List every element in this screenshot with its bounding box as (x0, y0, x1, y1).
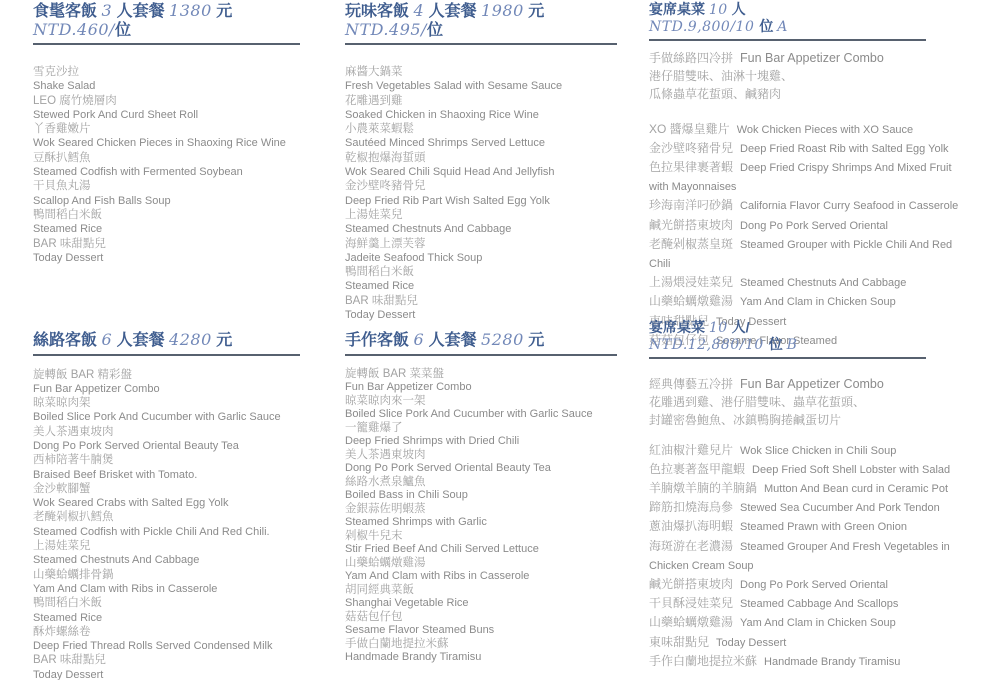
menu-item-en: Steamed Prawn with Green Onion (740, 521, 907, 533)
menu-item-zh: 手作白蘭地提拉米蘇 (649, 654, 757, 668)
menu-item: Boiled Bass in Chili Soup (345, 489, 637, 503)
menu-item: BAR 味甜點兒 (345, 294, 637, 308)
menu-item-zh: 瓜條蟲草花蜇頭、鹹豬肉 (649, 87, 781, 101)
menu-item: Deep Fried Shrimps with Dried Chili (345, 435, 637, 449)
menu-item: 菇菇包仔包 (345, 611, 637, 625)
menu-item-zh: 海斑游在老濃湯 (649, 539, 733, 553)
menu-item-en: Fun Bar Appetizer Combo (740, 377, 884, 391)
menu-item: 山藥蛤蠣排骨鍋 (33, 568, 325, 582)
menu-item-zh: 珍海南洋叼砂鍋 (649, 198, 733, 212)
menu-item-en: Fun Bar Appetizer Combo (740, 51, 884, 65)
menu-item: 晾菜晾肉架 (33, 396, 325, 410)
menu-item: 豆酥扒鱈魚 (33, 151, 325, 165)
section-title-part: 人套餐 (424, 3, 481, 20)
section-title-line2: NTD.460/位 (33, 21, 325, 40)
menu-item: Stir Fried Beef And Chili Served Lettuce (345, 543, 637, 557)
section-title-part: 玩味客飯 (345, 3, 413, 20)
menu-item-zh: 色拉裹著盔甲龍蝦 (649, 462, 745, 476)
section-title-part: 元 (212, 3, 232, 20)
section-title-part: 元 (212, 332, 232, 349)
section-title-line1: 食髦客飯 3 人套餐 1380 元 (33, 2, 325, 21)
menu-item-zh: 蹄筋扣燒海烏參 (649, 500, 733, 514)
section-title-part: 宴席桌菜 (649, 319, 709, 335)
section-title-part: 4280 (169, 330, 212, 349)
divider (33, 43, 300, 45)
divider (345, 43, 617, 45)
menu-item: Deep Fried Rib Part Wish Salted Egg Yolk (345, 194, 637, 208)
menu-item: Steamed Rice (33, 222, 325, 236)
menu-item: 酥炸螺絲卷 (33, 625, 325, 639)
menu-item: 上湯娃菜兒 (33, 539, 325, 553)
menu-item: 老醃剁椒扒鱈魚 (33, 510, 325, 524)
menu-item: BAR 味甜點兒 (33, 237, 325, 251)
menu-item-zh: 花雕遇到雞、港仔腊雙味、蟲草花蜇頭、 (649, 395, 865, 409)
menu-item-zh: 山藥蛤蠣燉雞湯 (649, 615, 733, 629)
menu-section-handmade-set: 手作客飯 6 人套餐 5280 元 旋轉飯 BAR 菜菜盤Fun Bar App… (345, 331, 637, 665)
menu-item-en: Yam And Clam in Chicken Soup (740, 296, 896, 308)
menu-item: Steamed Rice (345, 279, 637, 293)
menu-item: Steamed Chestnuts And Cabbage (33, 553, 325, 567)
menu-item-zh: 干貝酥浸娃菜兒 (649, 596, 733, 610)
menu-item: 手作白蘭地提拉米蘇Handmade Brandy Tiramisu (649, 652, 963, 671)
menu-item-en: Deep Fried Roast Rib with Salted Egg Yol… (740, 143, 949, 155)
menu-item: 珍海南洋叼砂鍋California Flavor Curry Seafood i… (649, 196, 963, 215)
section-title-part: 人套餐 (112, 332, 169, 349)
section-title-line1: 玩味客飯 4 人套餐 1980 元 (345, 2, 637, 21)
menu-item: Today Dessert (345, 308, 637, 322)
section-title-part: 人套餐 (112, 3, 169, 20)
menu-item: 山藥蛤蠣燉雞湯Yam And Clam in Chicken Soup (649, 292, 963, 311)
menu-item-zh: 鹹光餅搭東坡肉 (649, 577, 733, 591)
section-title-part: A (777, 19, 788, 35)
menu-item: Jadeite Seafood Thick Soup (345, 251, 637, 265)
menu-item-list: 麻醬大鍋菜Fresh Vegetables Salad with Sesame … (345, 65, 637, 322)
menu-item: 金沙壁咚豬骨兒 (345, 179, 637, 193)
menu-item: 金沙軟腳蟹 (33, 482, 325, 496)
menu-item: 鴨間稻白米飯 (33, 208, 325, 222)
menu-section-banquet-a: 宴席桌菜 10 人 NTD.9,800/10 位 A 手做絲路四冷拼Fun Ba… (649, 2, 963, 350)
menu-item-en: Today Dessert (716, 637, 786, 649)
section-title-part: NTD.9,800/10 (649, 19, 759, 35)
menu-item-zh: 羊腩燉羊腩的羊腩鍋 (649, 481, 757, 495)
section-title-part: 位 (115, 22, 131, 39)
menu-item: 小農萊菜蝦鬆 (345, 122, 637, 136)
menu-item: 絲路水煮泉鱸魚 (345, 476, 637, 490)
menu-item-zh: 經典傳藝五冷拼 (649, 377, 733, 391)
menu-item: Wok Seared Crabs with Salted Egg Yolk (33, 496, 325, 510)
menu-item: BAR 味甜點兒 (33, 653, 325, 667)
menu-item: 手做白蘭地提拉米蘇 (345, 638, 637, 652)
menu-item: 旋轉飯 BAR 精彩盤 (33, 368, 325, 382)
menu-item: Braised Beef Brisket with Tomato. (33, 468, 325, 482)
menu-item: 旋轉飯 BAR 菜菜盤 (345, 368, 637, 382)
menu-item: Shake Salad (33, 79, 325, 93)
menu-item: Yam And Clam with Ribs in Casserole (345, 570, 637, 584)
menu-item: 港仔腊雙味、油淋十塊雞、 (649, 67, 963, 85)
menu-item-en: Dong Po Pork Served Oriental (740, 579, 888, 591)
menu-item: 紅油椒汁雞兒片Wok Slice Chicken in Chili Soup (649, 441, 963, 460)
menu-item: 山藥蛤蠣燉雞湯 (345, 557, 637, 571)
section-title-part: B (787, 337, 798, 353)
menu-item: Scallop And Fish Balls Soup (33, 194, 325, 208)
menu-item-zh: 手做絲路四冷拼 (649, 51, 733, 65)
menu-item: Handmade Brandy Tiramisu (345, 651, 637, 665)
section-title-line1: 手作客飯 6 人套餐 5280 元 (345, 331, 637, 350)
menu-item: Shanghai Vegetable Rice (345, 597, 637, 611)
menu-item-zh: 金沙壁咚豬骨兒 (649, 141, 733, 155)
menu-item-list: 紅油椒汁雞兒片Wok Slice Chicken in Chili Soup色拉… (649, 441, 963, 671)
section-title-line2: NTD.12,880/10 位 B (649, 337, 963, 354)
menu-item-zh: 港仔腊雙味、油淋十塊雞、 (649, 69, 793, 83)
section-title-part: 位 (769, 336, 787, 352)
section-title-part: 6 (101, 330, 112, 349)
menu-item: 金銀蒜佐明蝦蒸 (345, 503, 637, 517)
section-title-line2: NTD.9,800/10 位 A (649, 19, 963, 36)
menu-item-zh: 老醃剁椒蒸皇斑 (649, 237, 733, 251)
menu-item-zh: 東味甜點兒 (649, 635, 709, 649)
menu-item-en: Deep Fried Soft Shell Lobster with Salad (752, 464, 950, 476)
menu-item-en: Wok Chicken Pieces with XO Sauce (737, 124, 913, 136)
menu-item: Steamed Rice (33, 611, 325, 625)
menu-item: 麻醬大鍋菜 (345, 65, 637, 79)
menu-item: 花雕遇到雞 (345, 94, 637, 108)
section-title-part: 人 (728, 1, 746, 17)
menu-item: 封罐密魯鮑魚、冰鎮鴨胸捲鹹蛋切片 (649, 411, 963, 429)
section-title-part: 1380 (169, 1, 212, 20)
menu-item: 干貝魚丸湯 (33, 179, 325, 193)
menu-item: 剁椒牛兒末 (345, 530, 637, 544)
menu-item: 海鮮羹上漂芙蓉 (345, 237, 637, 251)
menu-item: 經典傳藝五冷拼Fun Bar Appetizer Combo (649, 375, 963, 393)
menu-item: 鹹光餅搭東坡肉Dong Po Pork Served Oriental (649, 216, 963, 235)
menu-item: Wok Seared Chicken Pieces in Shaoxing Ri… (33, 136, 325, 150)
menu-item: Today Dessert (33, 251, 325, 265)
section-title-part: 元 (524, 332, 544, 349)
section-title-part: 元 (524, 3, 544, 20)
menu-item: Steamed Chestnuts And Cabbage (345, 222, 637, 236)
section-title-line1: 宴席桌菜 10 人 (649, 2, 963, 19)
menu-item: 鴨間稻白米飯 (345, 265, 637, 279)
menu-item: LEO 腐竹燒層肉 (33, 94, 325, 108)
menu-page: 食髦客飯 3 人套餐 1380 元 NTD.460/位 雪克沙拉Shake Sa… (0, 0, 1000, 680)
section-title-part: 1980 (481, 1, 524, 20)
menu-item-en: Dong Po Pork Served Oriental (740, 220, 888, 232)
menu-item-en: Steamed Chestnuts And Cabbage (740, 277, 906, 289)
section-title-part: 手作客飯 (345, 332, 413, 349)
menu-item-zh: 上湯煨浸娃菜兒 (649, 275, 733, 289)
menu-item: Fun Bar Appetizer Combo (33, 382, 325, 396)
menu-item: Yam And Clam with Ribs in Casserole (33, 582, 325, 596)
section-title-part: NTD.12,880/10 (649, 337, 769, 353)
section-title-part: 10 (709, 2, 728, 18)
appetizer-intro-list: 手做絲路四冷拼Fun Bar Appetizer Combo港仔腊雙味、油淋十塊… (649, 49, 963, 104)
section-title-part: NTD.495/ (345, 20, 427, 39)
menu-section-set-3-person: 食髦客飯 3 人套餐 1380 元 NTD.460/位 雪克沙拉Shake Sa… (33, 2, 325, 265)
menu-item: Sautéed Minced Shrimps Served Lettuce (345, 136, 637, 150)
menu-item: 手做絲路四冷拼Fun Bar Appetizer Combo (649, 49, 963, 67)
menu-section-banquet-b: 宴席桌菜 10 人/ NTD.12,880/10 位 B 經典傳藝五冷拼Fun … (649, 320, 963, 671)
section-title-line1: 宴席桌菜 10 人/ (649, 320, 963, 337)
menu-item: Stewed Pork And Curd Sheet Roll (33, 108, 325, 122)
section-title-part: NTD.460/ (33, 20, 115, 39)
section-title-line1: 絲路客飯 6 人套餐 4280 元 (33, 331, 325, 350)
menu-item-en: Yam And Clam in Chicken Soup (740, 617, 896, 629)
menu-item: 美人茶遇東坡肉 (33, 425, 325, 439)
menu-item: 東味甜點兒Today Dessert (649, 633, 963, 652)
menu-item: Steamed Codfish with Fermented Soybean (33, 165, 325, 179)
section-title-part: 位 (759, 18, 777, 34)
section-title-part: 6 (413, 330, 424, 349)
menu-item: 雪克沙拉 (33, 65, 325, 79)
menu-item: 美人茶遇東坡肉 (345, 449, 637, 463)
section-title-part: 宴席桌菜 (649, 1, 709, 17)
menu-item: Sesame Flavor Steamed Buns (345, 624, 637, 638)
section-title-part: 4 (413, 1, 424, 20)
menu-item-en: Steamed Cabbage And Scallops (740, 598, 898, 610)
menu-item: 老醃剁椒蒸皇斑Steamed Grouper with Pickle Chili… (649, 235, 963, 273)
menu-section-silk-road-set: 絲路客飯 6 人套餐 4280 元 旋轉飯 BAR 精彩盤Fun Bar App… (33, 331, 325, 680)
menu-item: Steamed Shrimps with Garlic (345, 516, 637, 530)
menu-item: Dong Po Pork Served Oriental Beauty Tea (33, 439, 325, 453)
menu-item: 上湯娃菜兒 (345, 208, 637, 222)
menu-item: 鹹光餅搭東坡肉Dong Po Pork Served Oriental (649, 575, 963, 594)
menu-item: 丫香雞嫩片 (33, 122, 325, 136)
menu-item-list: XO 醬爆皇雞片Wok Chicken Pieces with XO Sauce… (649, 120, 963, 350)
menu-item-en: Stewed Sea Cucumber And Pork Tendon (740, 502, 940, 514)
menu-item: 晾菜晾肉來一架 (345, 395, 637, 409)
menu-item-zh: 色拉果律裹著蝦 (649, 160, 733, 174)
section-title-part: 人套餐 (424, 332, 481, 349)
menu-item: Boiled Slice Pork And Cucumber with Garl… (345, 408, 637, 422)
menu-item: 山藥蛤蠣燉雞湯Yam And Clam in Chicken Soup (649, 613, 963, 632)
menu-item: Fun Bar Appetizer Combo (345, 381, 637, 395)
menu-item: 蹄筋扣燒海烏參Stewed Sea Cucumber And Pork Tend… (649, 498, 963, 517)
menu-item: 西柿陪著牛腩煲 (33, 453, 325, 467)
section-title-part: 3 (101, 1, 112, 20)
menu-item-list: 旋轉飯 BAR 精彩盤Fun Bar Appetizer Combo晾菜晾肉架B… (33, 368, 325, 680)
menu-item: Fresh Vegetables Salad with Sesame Sauce (345, 79, 637, 93)
divider (649, 39, 926, 41)
menu-item: Soaked Chicken in Shaoxing Rice Wine (345, 108, 637, 122)
menu-item: Deep Fried Thread Rolls Served Condensed… (33, 639, 325, 653)
section-title-part: 位 (427, 22, 443, 39)
section-title-part: 人/ (728, 319, 750, 335)
menu-item-list: 旋轉飯 BAR 菜菜盤Fun Bar Appetizer Combo晾菜晾肉來一… (345, 368, 637, 665)
divider (33, 354, 300, 356)
divider (345, 354, 617, 356)
section-title-part: 5280 (481, 330, 524, 349)
menu-item-en: Wok Slice Chicken in Chili Soup (740, 445, 896, 457)
menu-item: XO 醬爆皇雞片Wok Chicken Pieces with XO Sauce (649, 120, 963, 139)
menu-item: 干貝酥浸娃菜兒Steamed Cabbage And Scallops (649, 594, 963, 613)
menu-item: Boiled Slice Pork And Cucumber with Garl… (33, 410, 325, 424)
menu-item-en: Handmade Brandy Tiramisu (764, 656, 900, 668)
section-title-part: 食髦客飯 (33, 3, 101, 20)
divider (649, 357, 926, 359)
menu-item: Today Dessert (33, 668, 325, 680)
menu-item: 蔥油爆扒海明蝦Steamed Prawn with Green Onion (649, 517, 963, 536)
menu-item-zh: 封罐密魯鮑魚、冰鎮鴨胸捲鹹蛋切片 (649, 413, 841, 427)
section-title-part: 絲路客飯 (33, 332, 101, 349)
menu-item-zh: 山藥蛤蠣燉雞湯 (649, 294, 733, 308)
menu-item: 金沙壁咚豬骨兒Deep Fried Roast Rib with Salted … (649, 139, 963, 158)
section-title-part: 10 (709, 320, 728, 336)
menu-item: 上湯煨浸娃菜兒Steamed Chestnuts And Cabbage (649, 273, 963, 292)
appetizer-intro-list: 經典傳藝五冷拼Fun Bar Appetizer Combo花雕遇到雞、港仔腊雙… (649, 375, 963, 430)
menu-item: 瓜條蟲草花蜇頭、鹹豬肉 (649, 85, 963, 103)
menu-item: 色拉裹著盔甲龍蝦Deep Fried Soft Shell Lobster wi… (649, 460, 963, 479)
menu-item: Dong Po Pork Served Oriental Beauty Tea (345, 462, 637, 476)
menu-item: 羊腩燉羊腩的羊腩鍋Mutton And Bean curd in Ceramic… (649, 479, 963, 498)
menu-item: 鴨間稻白米飯 (33, 596, 325, 610)
menu-item: Wok Seared Chili Squid Head And Jellyfis… (345, 165, 637, 179)
menu-item-zh: 蔥油爆扒海明蝦 (649, 519, 733, 533)
menu-item: 海斑游在老濃湯Steamed Grouper And Fresh Vegetab… (649, 537, 963, 575)
menu-item-zh: XO 醬爆皇雞片 (649, 122, 730, 136)
menu-item: 胡同經典菜飯 (345, 584, 637, 598)
menu-item-zh: 鹹光餅搭東坡肉 (649, 218, 733, 232)
menu-item: 色拉果律裹著蝦Deep Fried Crispy Shrimps And Mix… (649, 158, 963, 196)
menu-item: 一籠雞爆了 (345, 422, 637, 436)
menu-item-list: 雪克沙拉Shake SaladLEO 腐竹燒層肉Stewed Pork And … (33, 65, 325, 265)
section-title-line2: NTD.495/位 (345, 21, 637, 40)
menu-item: 乾椒抱爆海蜇頭 (345, 151, 637, 165)
menu-item-zh: 紅油椒汁雞兒片 (649, 443, 733, 457)
menu-item: 花雕遇到雞、港仔腊雙味、蟲草花蜇頭、 (649, 393, 963, 411)
menu-item-en: Mutton And Bean curd in Ceramic Pot (764, 483, 948, 495)
menu-item: Steamed Codfish with Pickle Chili And Re… (33, 525, 325, 539)
menu-section-set-4-person: 玩味客飯 4 人套餐 1980 元 NTD.495/位 麻醬大鍋菜Fresh V… (345, 2, 637, 322)
menu-item-en: California Flavor Curry Seafood in Casse… (740, 200, 958, 212)
